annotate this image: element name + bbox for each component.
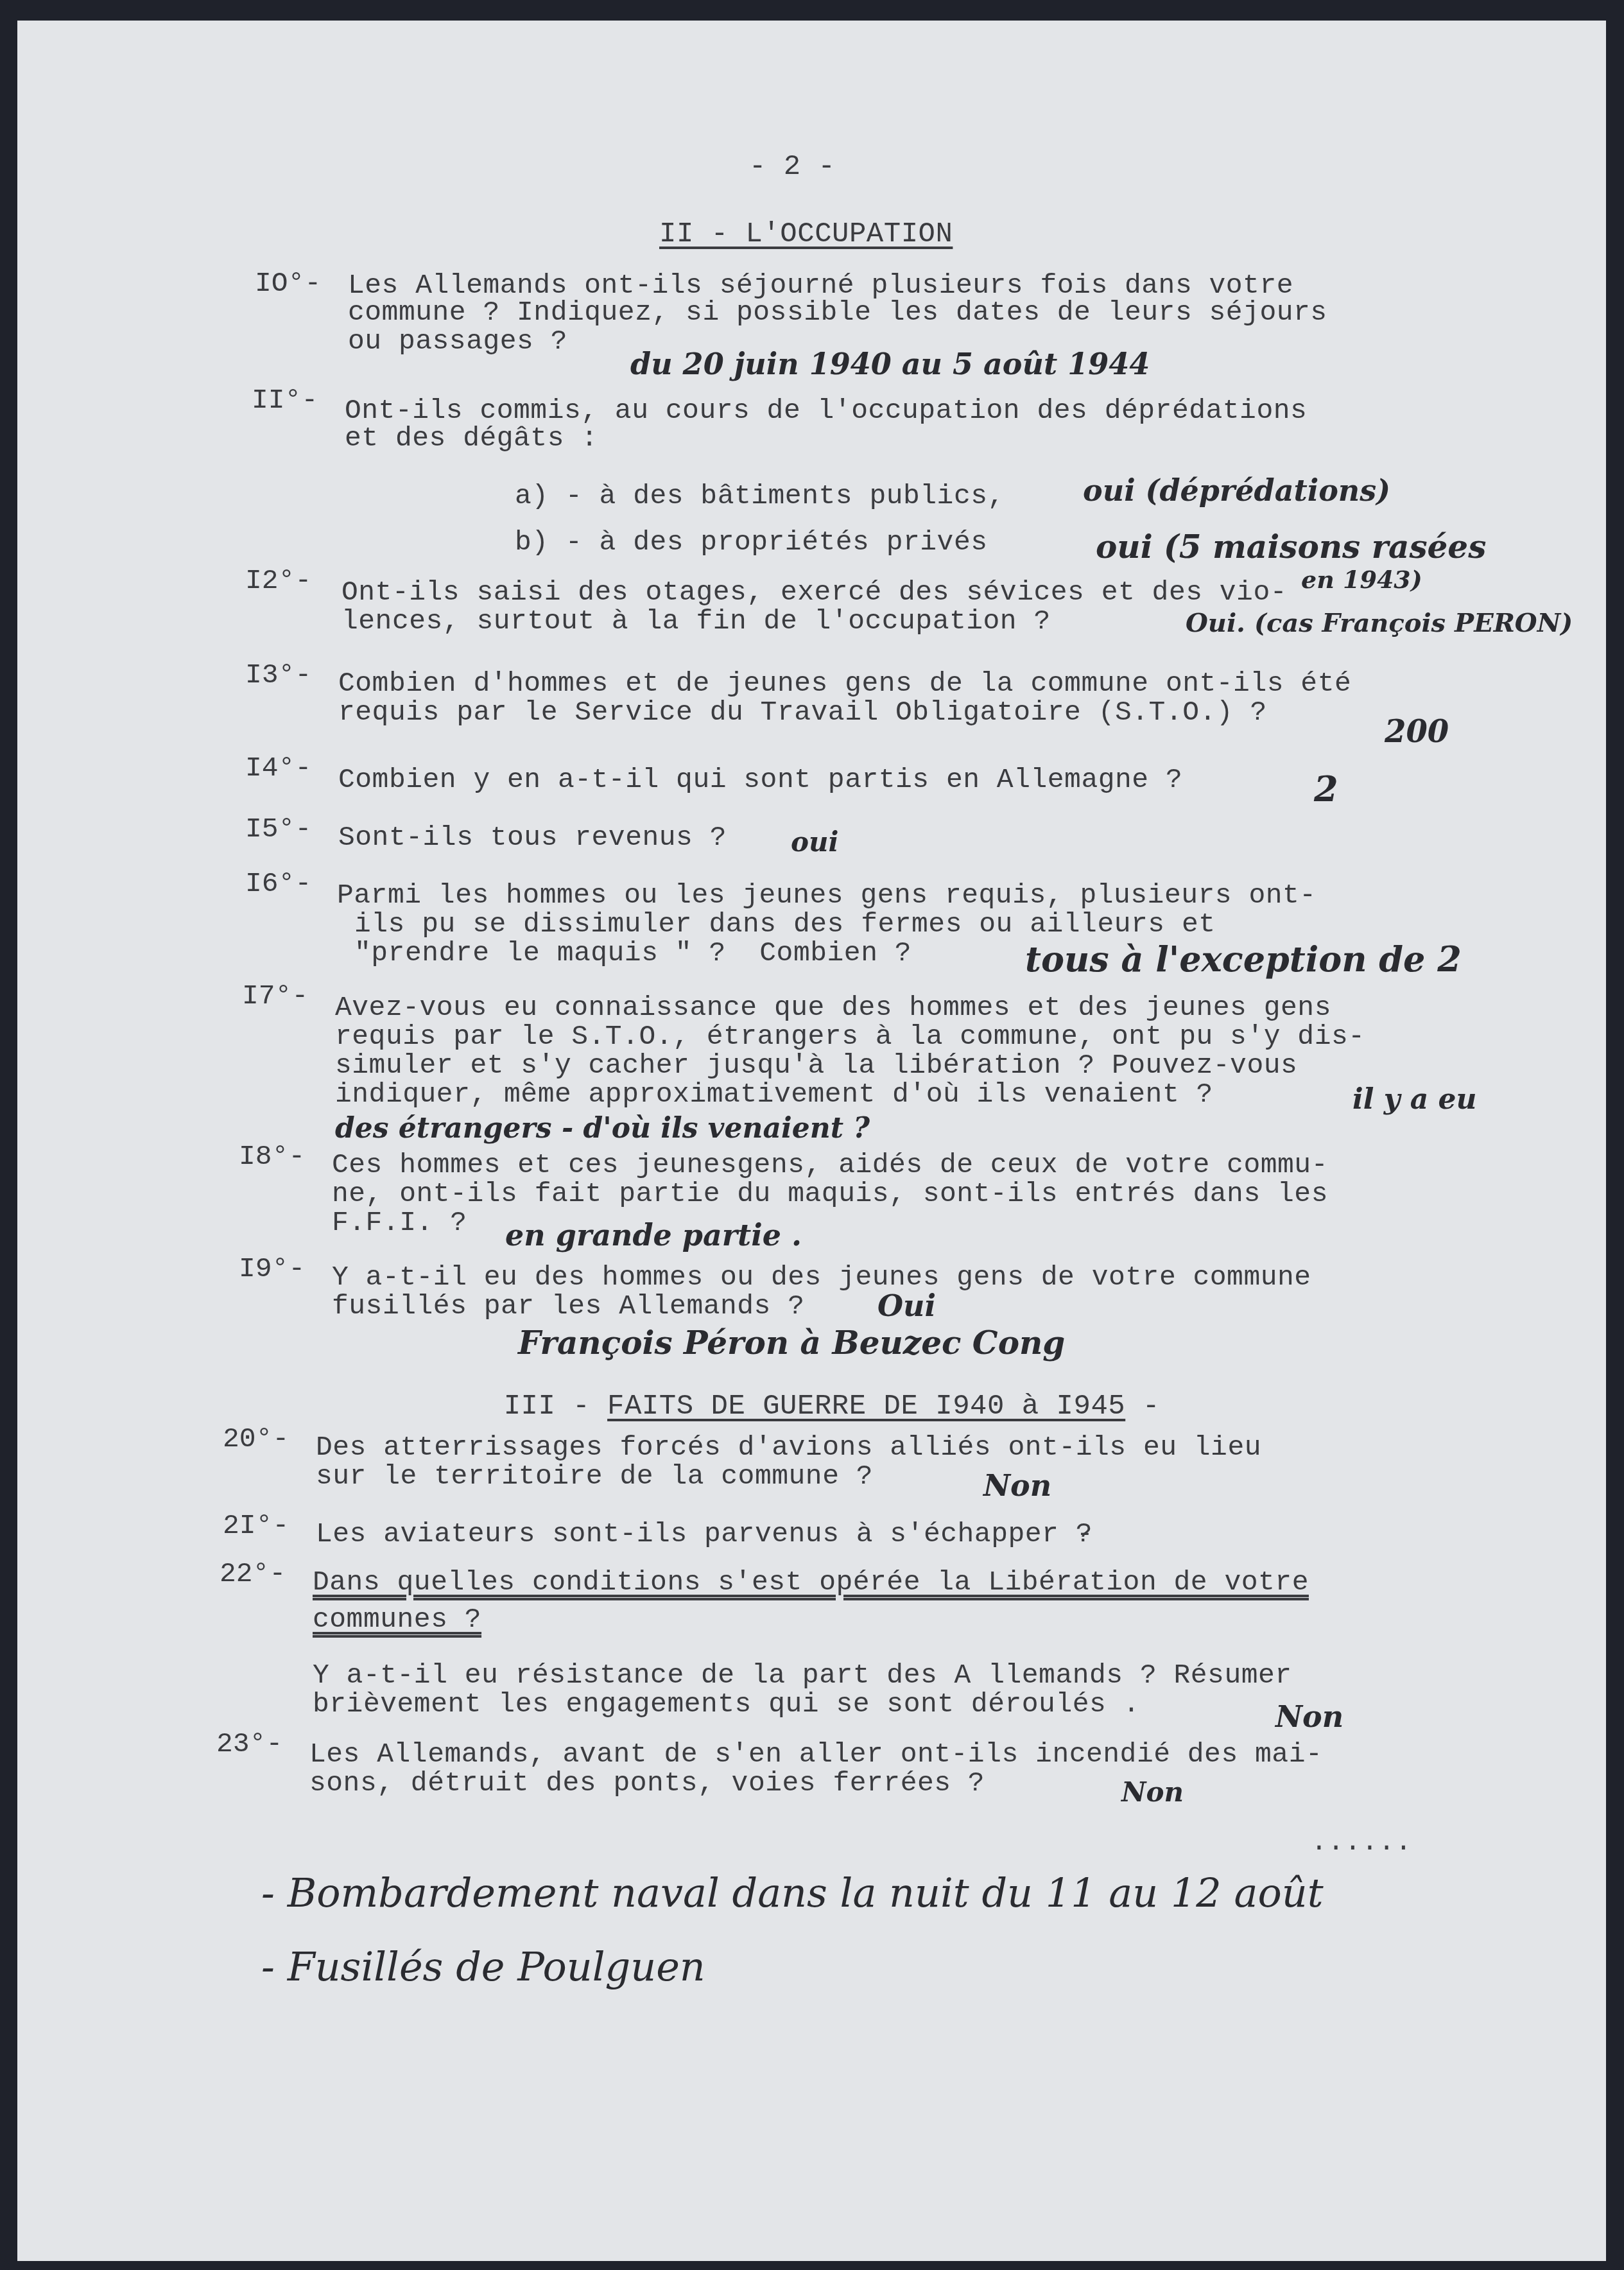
question-text: commune ? Indiquez, si possible les date… <box>348 298 1327 327</box>
question-number: 2I°- <box>223 1510 289 1541</box>
question-text: ne, ont-ils fait partie du maquis, sont-… <box>332 1179 1328 1209</box>
handwritten-answer: - <box>1076 1520 1093 1549</box>
question-text: F.F.I. ? <box>332 1208 467 1238</box>
handwritten-answer: 200 <box>1385 714 1449 750</box>
handwritten-answer: en grande partie . <box>505 1218 802 1252</box>
handwritten-answer: oui (déprédations) <box>1083 473 1390 508</box>
question-text: Les aviateurs sont-ils parvenus à s'écha… <box>316 1520 1093 1549</box>
question-text: Dans quelles conditions s'est opérée la … <box>313 1568 1309 1597</box>
question-number: I8°- <box>239 1141 305 1172</box>
handwritten-answer: oui <box>791 826 839 858</box>
question-number: 20°- <box>223 1423 289 1455</box>
handwritten-answer: Non <box>1121 1776 1184 1808</box>
handwritten-answer: François Péron à Beuzec Cong <box>518 1324 1065 1362</box>
question-text: "prendre le maquis " ? Combien ? <box>354 939 911 968</box>
question-text: Combien y en a-t-il qui sont partis en A… <box>338 765 1182 795</box>
handwritten-answer: Non <box>983 1468 1051 1503</box>
question-text: brièvement les engagements qui se sont d… <box>313 1690 1140 1719</box>
question-number: 22°- <box>220 1558 286 1590</box>
question-number: II°- <box>252 385 318 416</box>
handwritten-answer: oui (5 maisons rasées <box>1096 528 1486 566</box>
handwritten-answer: tous à l'exception de 2 <box>1025 939 1462 980</box>
question-text: sons, détruit des ponts, voies ferrées ? <box>309 1769 985 1798</box>
question-text: Parmi les hommes ou les jeunes gens requ… <box>337 881 1317 910</box>
page-number: - 2 - <box>749 152 836 182</box>
question-text: Sont-ils tous revenus ? <box>338 823 727 853</box>
question-text: a) - à des bâtiments publics, <box>515 481 1005 511</box>
handwritten-answer: en 1943) <box>1301 565 1422 594</box>
document-page: - 2 - II - L'OCCUPATION IO°- Les Alleman… <box>17 21 1606 2261</box>
question-number: I5°- <box>245 813 311 845</box>
question-number: I9°- <box>239 1253 305 1285</box>
section-title-occupation: II - L'OCCUPATION <box>659 220 953 249</box>
question-number: I3°- <box>245 659 311 691</box>
question-number: 23°- <box>216 1728 282 1760</box>
handwritten-answer: 2 <box>1314 768 1338 810</box>
question-text: simuler et s'y cacher jusqu'à la libérat… <box>335 1051 1297 1080</box>
question-text: requis par le Service du Travail Obligat… <box>338 698 1267 727</box>
question-text: Avez-vous eu connaissance que des hommes… <box>335 993 1331 1023</box>
question-text: indiquer, même approximativement d'où il… <box>335 1080 1213 1109</box>
question-text: Y a-t-il eu résistance de la part des A … <box>313 1661 1292 1690</box>
question-text: Les Allemands, avant de s'en aller ont-i… <box>309 1740 1322 1769</box>
section-prefix: III - <box>504 1391 607 1423</box>
handwritten-answer: du 20 juin 1940 au 5 août 1944 <box>630 347 1150 381</box>
handwritten-answer: Oui <box>877 1288 936 1323</box>
question-text: Des atterrissages forcés d'avions alliés… <box>316 1433 1261 1462</box>
question-number: I7°- <box>242 980 308 1012</box>
question-text: lences, surtout à la fin de l'occupation… <box>341 607 1051 636</box>
question-number: I2°- <box>245 565 311 596</box>
handwritten-answer: des étrangers - d'où ils venaient ? <box>335 1112 870 1145</box>
handwritten-answer: Oui. (cas François PERON) <box>1186 608 1573 638</box>
question-number: I6°- <box>245 868 311 899</box>
question-text: Y a-t-il eu des hommes ou des jeunes gen… <box>332 1263 1311 1292</box>
question-number: IO°- <box>255 268 321 299</box>
ellipsis: ...... <box>1311 1828 1412 1857</box>
section-suffix: - <box>1125 1391 1160 1423</box>
handwritten-answer: il y a eu <box>1352 1083 1476 1116</box>
question-text: Ont-ils commis, au cours de l'occupation… <box>345 396 1307 426</box>
question-text: b) - à des propriétés privés <box>515 528 988 557</box>
section-title: FAITS DE GUERRE DE I940 à I945 <box>607 1391 1125 1423</box>
question-text: Ont-ils saisi des otages, exercé des sév… <box>341 578 1287 607</box>
question-text: Ces hommes et ces jeunesgens, aidés de c… <box>332 1150 1328 1180</box>
question-number: I4°- <box>245 752 311 784</box>
question-text: Combien d'hommes et de jeunes gens de la… <box>338 669 1351 698</box>
question-text: communes ? <box>313 1605 481 1634</box>
question-text: ou passages ? <box>348 327 567 356</box>
handwritten-note: - Fusillés de Poulguen <box>261 1943 705 1990</box>
question-text: ils pu se dissimuler dans des fermes ou … <box>354 910 1216 939</box>
handwritten-answer: Non <box>1275 1699 1343 1734</box>
question-text: fusillés par les Allemands ? <box>332 1292 805 1321</box>
handwritten-note: - Bombardement naval dans la nuit du 11 … <box>261 1869 1324 1916</box>
question-text: et des dégâts : <box>345 424 598 453</box>
question-text: sur le territoire de la commune ? <box>316 1462 873 1491</box>
question-text: requis par le S.T.O., étrangers à la com… <box>335 1022 1365 1052</box>
